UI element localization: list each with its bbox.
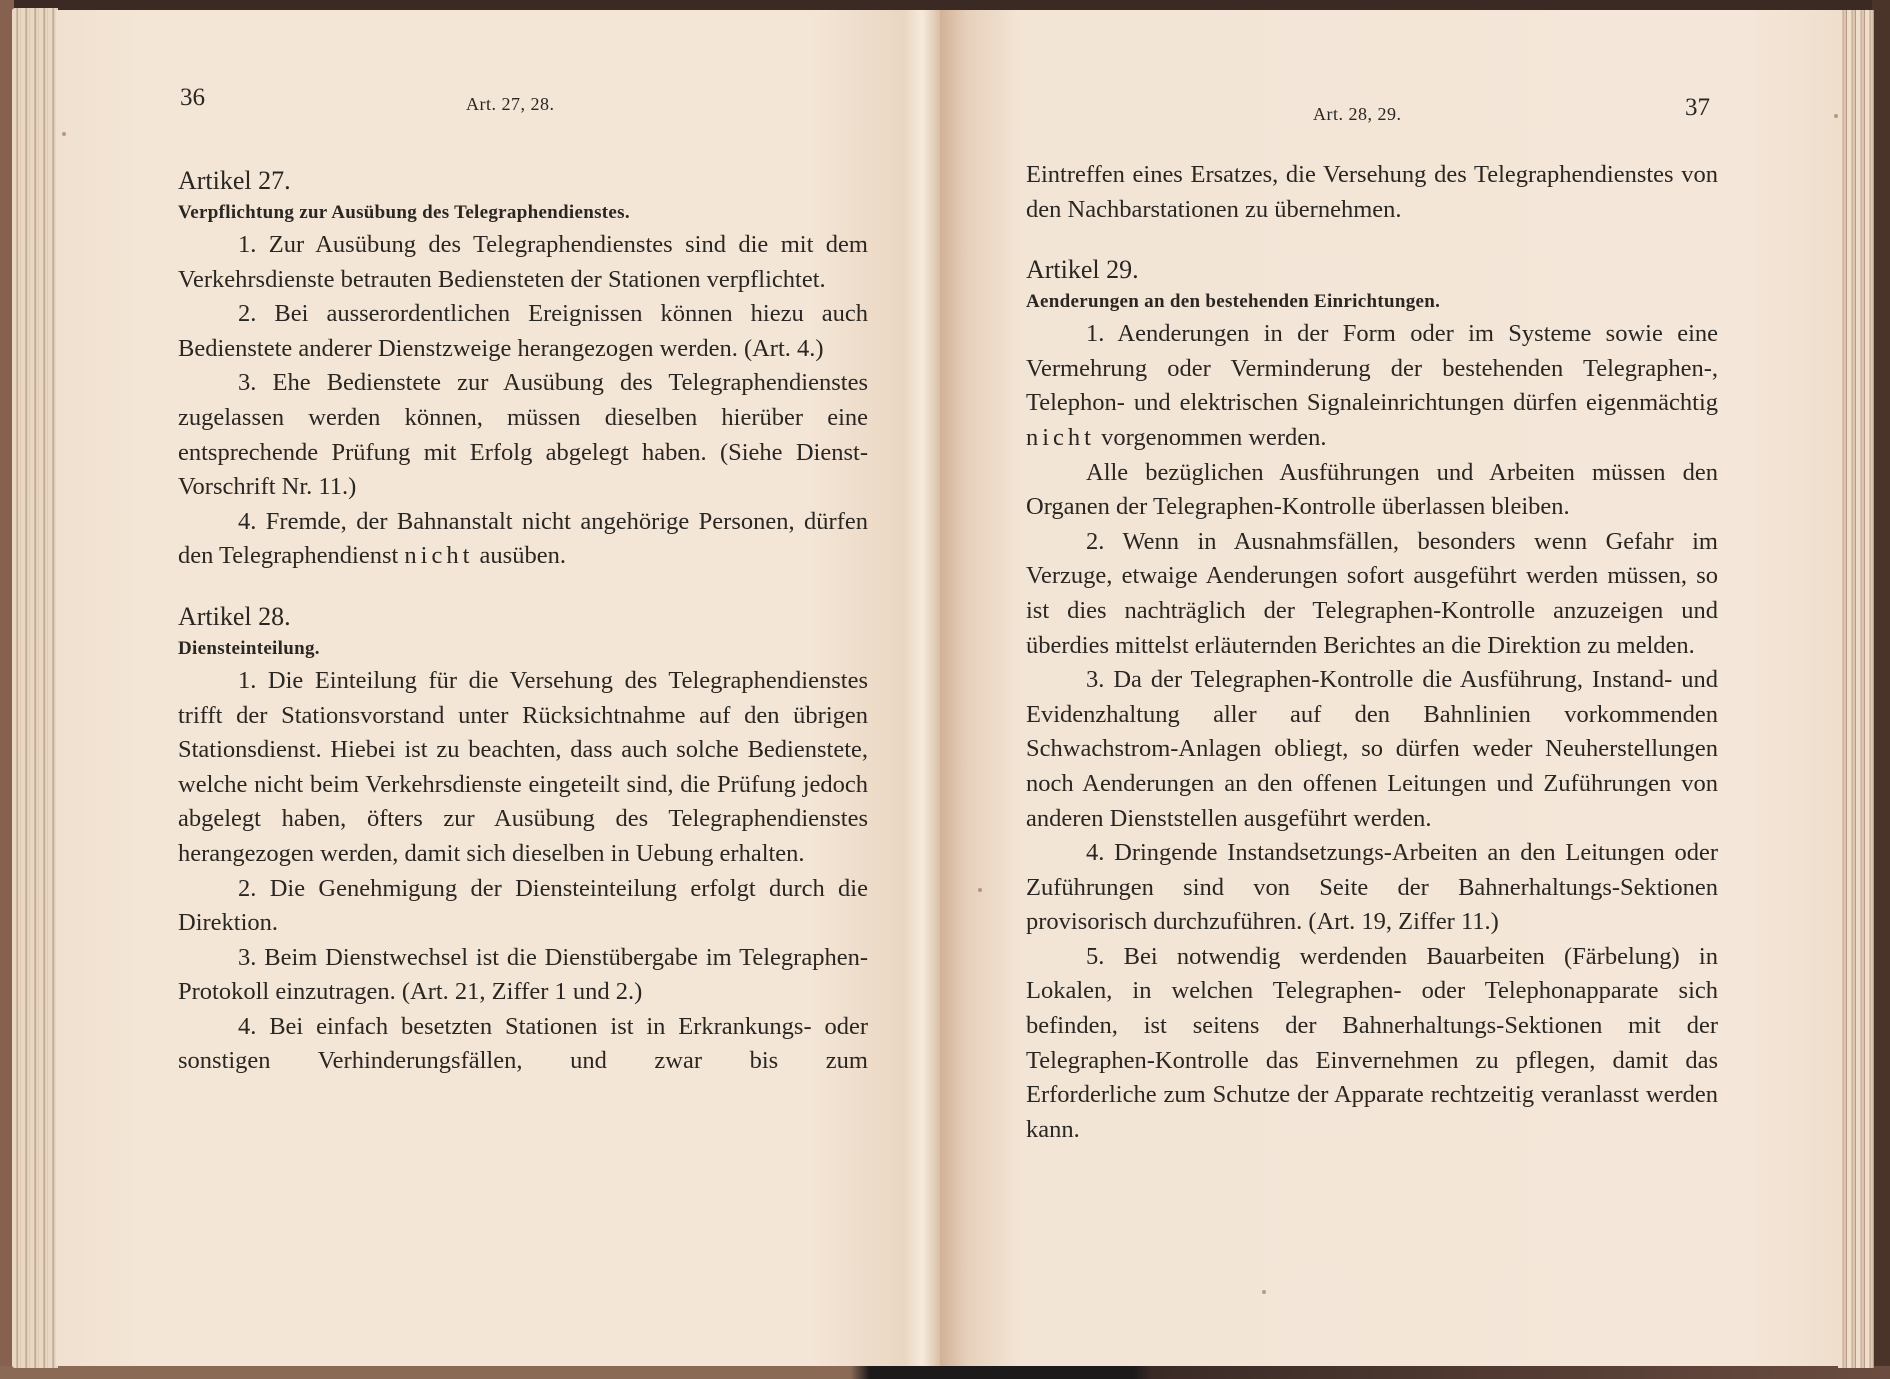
article-29: Artikel 29. Aenderungen an den bestehend…	[1026, 253, 1718, 1147]
paragraph: 1. Zur Ausübung des Telegraphendienstes …	[178, 228, 868, 297]
spaced-emphasis: nicht	[1026, 424, 1095, 451]
paragraph: 4. Dringende Instandsetzungs-Arbeiten an…	[1026, 836, 1718, 940]
article-title: Artikel 28.	[178, 600, 868, 634]
article-title: Artikel 27.	[178, 164, 868, 198]
paragraph: 4. Bei einfach besetzten Stationen ist i…	[178, 1010, 868, 1079]
stacked-page-edges-left	[12, 8, 58, 1368]
article-27: Artikel 27. Verpflichtung zur Ausübung d…	[178, 164, 868, 574]
article-subtitle: Verpflichtung zur Ausübung des Telegraph…	[178, 198, 868, 228]
paper-speck	[1262, 1290, 1266, 1294]
paragraph: 3. Beim Dienstwechsel ist die Dienstüber…	[178, 941, 868, 1010]
article-subtitle: Aenderungen an den bestehenden Einrichtu…	[1026, 287, 1718, 317]
page-number-left: 36	[180, 84, 205, 112]
paragraph: 5. Bei notwendig werdenden Bauarbeiten (…	[1026, 940, 1718, 1148]
article-subtitle: Diensteinteilung.	[178, 634, 868, 664]
text-run: ausüben.	[473, 542, 566, 569]
text-run: 1. Aenderungen in der Form oder im Syste…	[1026, 320, 1718, 416]
running-head-left: Art. 27, 28.	[466, 94, 555, 115]
paper-speck	[62, 132, 66, 136]
paragraph: 2. Wenn in Ausnahmsfällen, besonders wen…	[1026, 525, 1718, 663]
spaced-emphasis: nicht	[404, 542, 473, 569]
paragraph: 4. Fremde, der Bahnanstalt nicht angehör…	[178, 505, 868, 574]
article-title: Artikel 29.	[1026, 253, 1718, 287]
paragraph: 3. Da der Telegraphen-Kontrolle die Ausf…	[1026, 663, 1718, 836]
stacked-page-edges-right	[1838, 10, 1874, 1368]
paper-speck	[978, 888, 982, 892]
paper-speck	[1834, 114, 1838, 118]
paragraph: Alle bezüglichen Ausführungen und Arbeit…	[1026, 456, 1718, 525]
paragraph: 3. Ehe Bedienstete zur Ausübung des Tele…	[178, 366, 868, 504]
paragraph: 1. Aenderungen in der Form oder im Syste…	[1026, 317, 1718, 455]
book-cover-right-edge	[1872, 0, 1890, 1379]
book-cover-bottom-edge	[0, 1366, 1890, 1379]
article-28: Artikel 28. Diensteinteilung. 1. Die Ein…	[178, 600, 868, 1079]
continuation-paragraph: Eintreffen eines Ersatzes, die Versehung…	[1026, 158, 1718, 227]
paragraph: 2. Bei ausserordentlichen Ereignissen kö…	[178, 297, 868, 366]
page-number-right: 37	[1685, 94, 1710, 122]
right-page-text: Eintreffen eines Ersatzes, die Versehung…	[1026, 158, 1718, 1147]
left-page-text: Artikel 27. Verpflichtung zur Ausübung d…	[178, 164, 868, 1079]
paragraph: 1. Die Einteilung für die Versehung des …	[178, 664, 868, 872]
paragraph: 2. Die Genehmigung der Diensteinteilung …	[178, 872, 868, 941]
text-run: vorgenommen werden.	[1095, 424, 1327, 451]
running-head-right: Art. 28, 29.	[1313, 104, 1402, 125]
